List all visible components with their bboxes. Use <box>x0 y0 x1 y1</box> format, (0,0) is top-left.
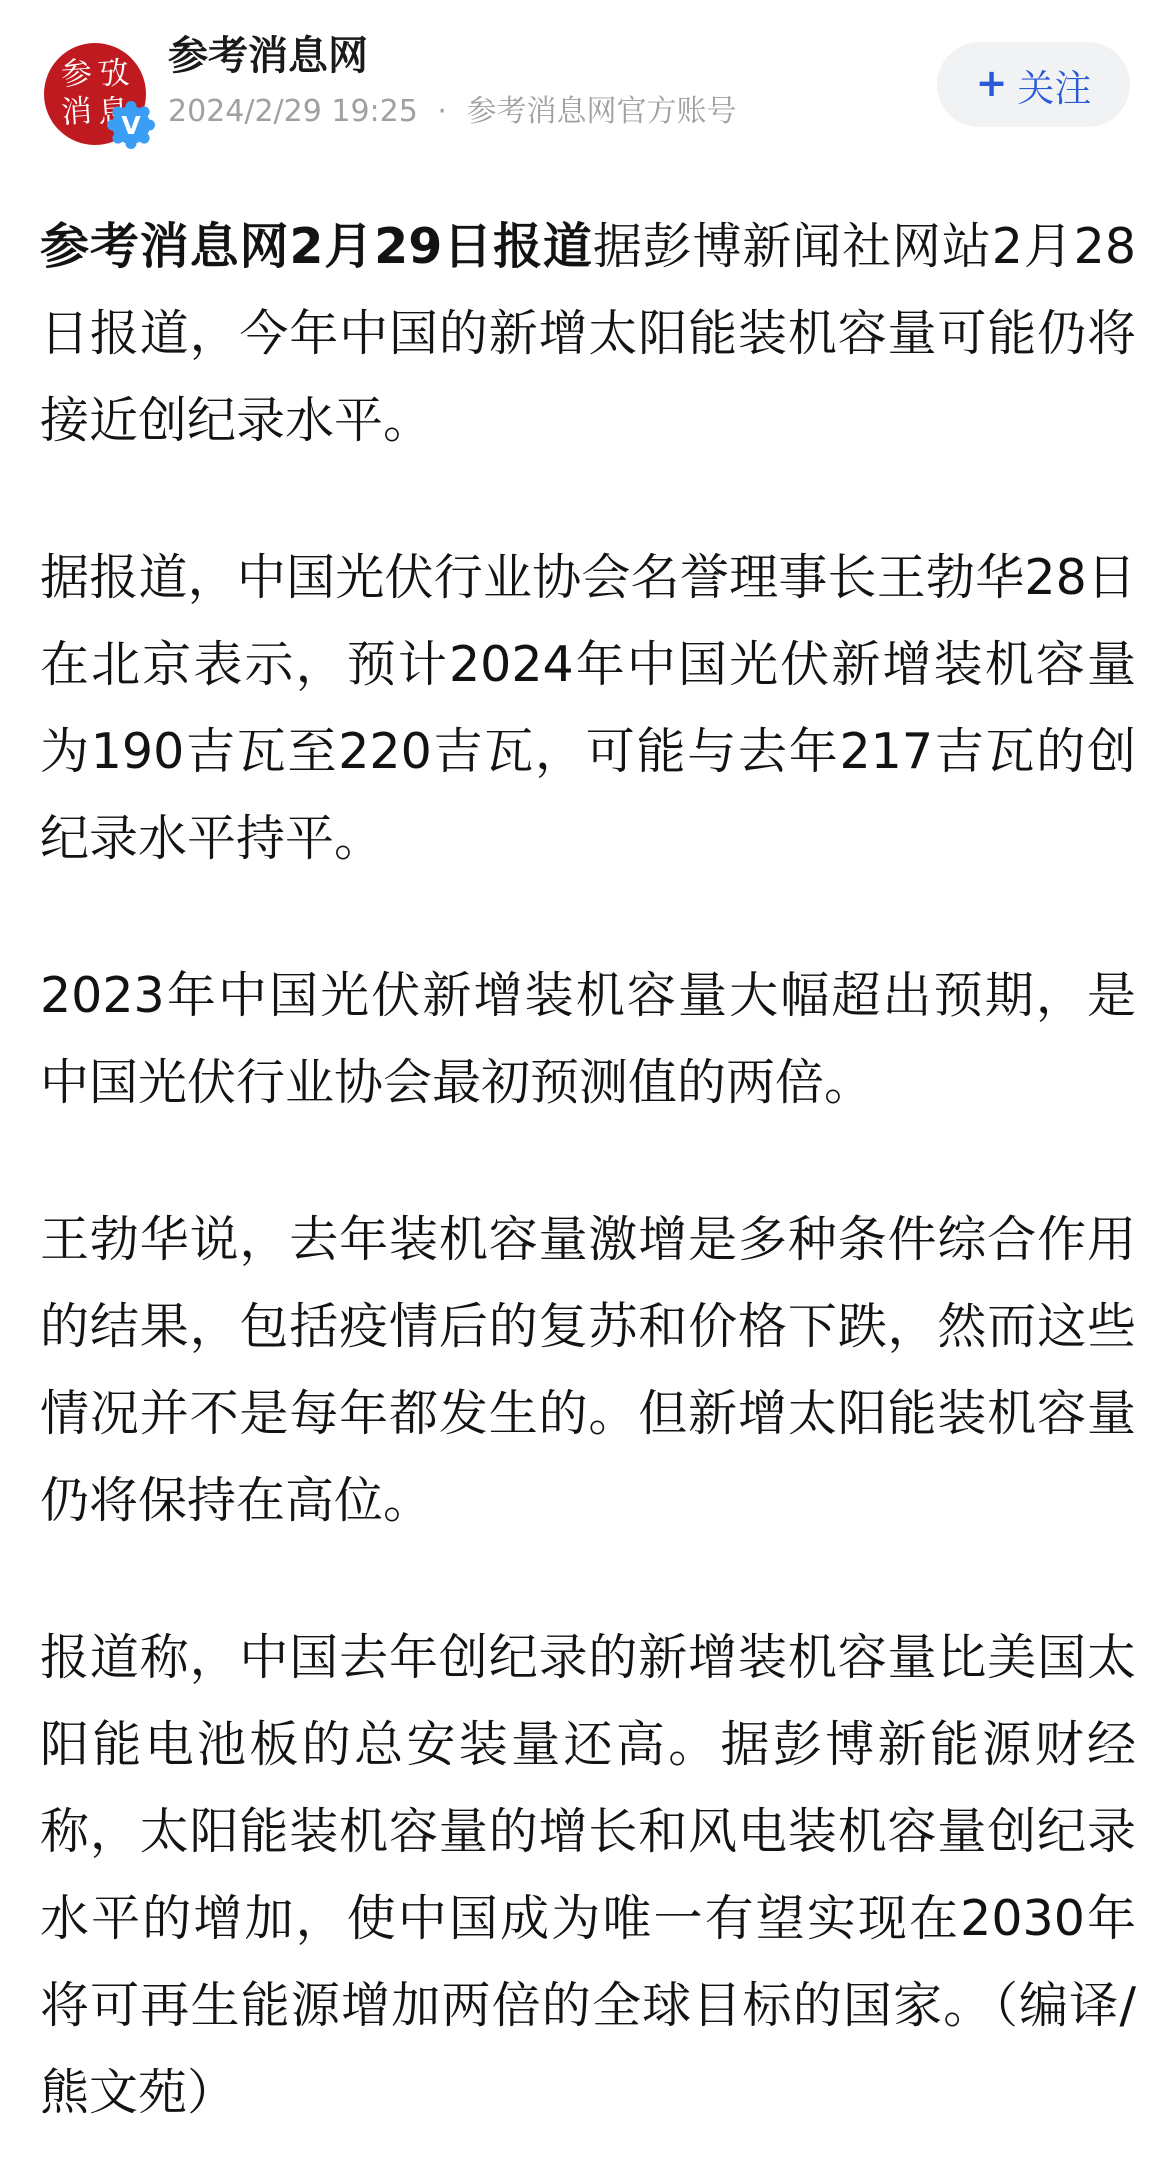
post-meta: 2024/2/29 19:25 · 参考消息网官方账号 <box>168 96 736 128</box>
article-paragraph: 2023年中国光伏新增装机容量大幅超出预期，是中国光伏行业协会最初预测值的两倍。 <box>40 952 1136 1126</box>
header-info: 参考消息网 2024/2/29 19:25 · 参考消息网官方账号 <box>168 32 736 128</box>
article-lead-source: 参考消息网2月29日报道 <box>40 218 593 275</box>
account-name[interactable]: 参考消息网 <box>168 32 736 80</box>
follow-button-label: 关注 <box>1017 58 1091 112</box>
article-paragraph: 王勃华说，去年装机容量激增是多种条件综合作用的结果，包括疫情后的复苏和价格下跌，… <box>40 1196 1136 1544</box>
avatar-logo-text: 攷 <box>97 57 130 90</box>
post-header: 参 攷 消 息 V 参考消 <box>0 0 1176 145</box>
post-timestamp: 2024/2/29 19:25 <box>168 94 418 129</box>
avatar-logo-text: 参 <box>60 57 93 90</box>
avatar-logo-text: 消 <box>60 95 93 128</box>
article-paragraph: 报道称，中国去年创纪录的新增装机容量比美国太阳能电池板的总安装量还高。据彭博新能… <box>40 1614 1136 2136</box>
article-paragraph: 参考消息网2月29日报道据彭博新闻社网站2月28日报道，今年中国的新增太阳能装机… <box>40 203 1136 464</box>
verified-badge-icon: V <box>107 101 155 149</box>
follow-button[interactable]: + 关注 <box>937 42 1130 127</box>
account-description: 参考消息网官方账号 <box>466 94 736 129</box>
plus-icon: + <box>976 64 1008 102</box>
meta-separator: · <box>437 94 447 129</box>
avatar[interactable]: 参 攷 消 息 V <box>44 43 146 145</box>
verified-badge-letter: V <box>121 111 141 140</box>
post-page: 参 攷 消 息 V 参考消 <box>0 0 1176 2136</box>
article-body: 参考消息网2月29日报道据彭博新闻社网站2月28日报道，今年中国的新增太阳能装机… <box>0 203 1176 2136</box>
article-paragraph: 据报道，中国光伏行业协会名誉理事长王勃华28日在北京表示，预计2024年中国光伏… <box>40 534 1136 882</box>
